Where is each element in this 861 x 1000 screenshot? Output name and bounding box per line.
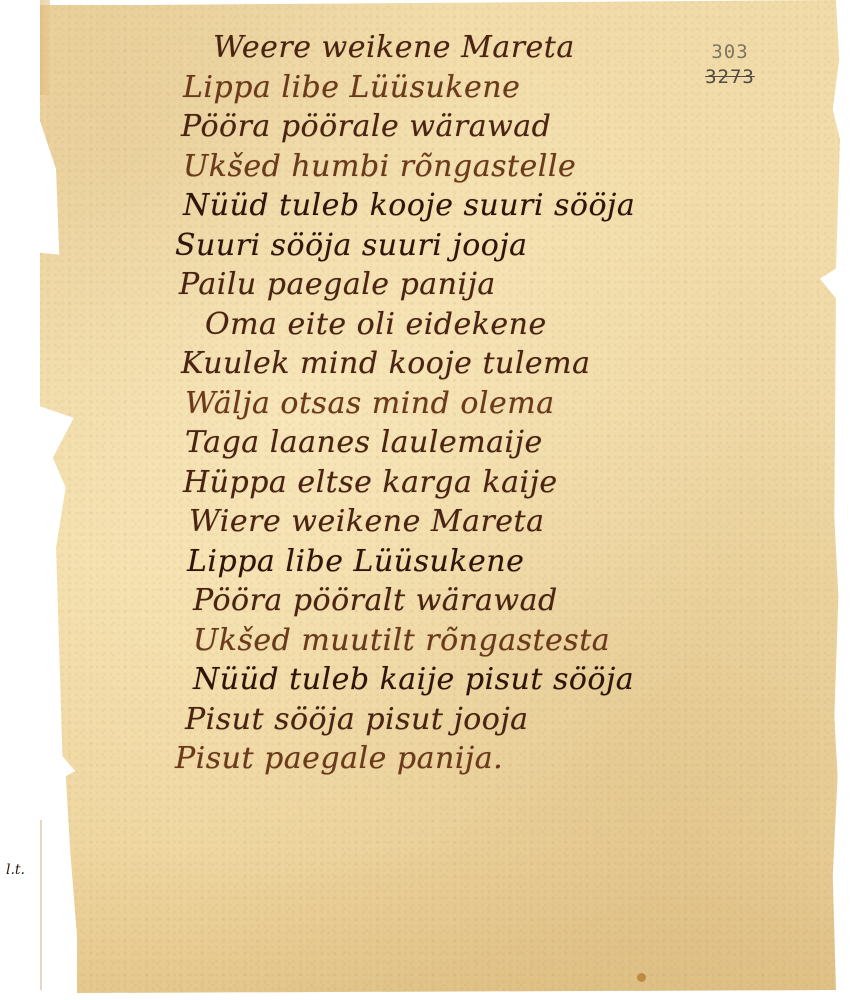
- poem-line: Lippa libe Lüüsukene: [175, 542, 815, 582]
- margin-annotation: l.t.: [6, 862, 25, 878]
- poem-line: Pööra pööralt wärawad: [175, 581, 815, 621]
- poem-line: Nüüd tuleb kooje suuri sööja: [175, 186, 815, 226]
- poem-line: Suuri sööja suuri jooja: [175, 226, 815, 266]
- poem-line: Lippa libe Lüüsukene: [175, 68, 815, 108]
- poem-line: Taga laanes laulemaije: [175, 423, 815, 463]
- poem-line: Wiere weikene Mareta: [175, 502, 815, 542]
- folded-corner: [40, 0, 50, 95]
- poem-line: Kuulek mind kooje tulema: [175, 344, 815, 384]
- poem-line: Weere weikene Mareta: [175, 28, 815, 68]
- manuscript-scan: 303 3273 Weere weikene Mareta Lippa libe…: [0, 0, 861, 1000]
- paper-crease: [40, 820, 42, 990]
- poem-line: Wälja otsas mind olema: [175, 384, 815, 424]
- poem-line: Ukšed muutilt rõngastesta: [175, 621, 815, 661]
- poem-line: Pööra pöörale wärawad: [175, 107, 815, 147]
- poem-text: Weere weikene Mareta Lippa libe Lüüsuken…: [175, 28, 815, 779]
- poem-line: Hüppa eltse karga kaije: [175, 463, 815, 503]
- poem-line: Nüüd tuleb kaije pisut sööja: [175, 660, 815, 700]
- poem-line: Pisut sööja pisut jooja: [175, 700, 815, 740]
- poem-line: Pisut paegale panija.: [175, 739, 815, 779]
- poem-line: Pailu paegale panija: [175, 265, 815, 305]
- ink-stain: [637, 973, 646, 982]
- poem-line: Ukšed humbi rõngastelle: [175, 147, 815, 187]
- poem-line: Oma eite oli eidekene: [175, 305, 815, 345]
